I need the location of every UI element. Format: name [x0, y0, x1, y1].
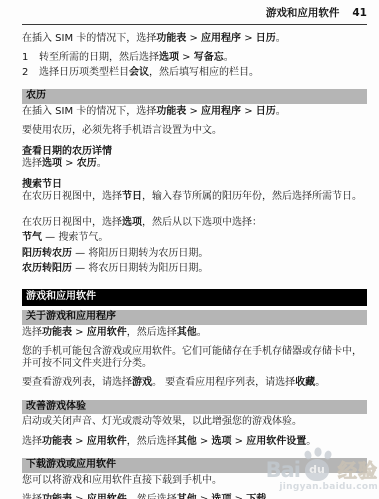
ui-term: 功能表 [156, 106, 186, 117]
paragraph: 启动或关闭声音、灯光或震动等效果，以此增强您的游戏体验。 [22, 416, 367, 428]
paragraph: 选择功能表 > 应用软件，然后选择其他。 [22, 327, 367, 339]
ui-term: 应用软件设置 [246, 436, 306, 447]
text-run: ，然后填写相应的栏目。 [149, 67, 259, 78]
ui-term: 节日 [122, 191, 142, 202]
section-header-bar: 改善游戏体验 [22, 400, 367, 415]
ui-term: 阳历转农历 [22, 248, 72, 259]
ui-term: 下载 [246, 494, 266, 499]
text-run: 下载游戏或应用软件 [26, 459, 116, 470]
list-item: 1转至所需的日期，然后选择选项 > 写备忘。 [22, 52, 367, 64]
ui-term: 功能表 [156, 33, 186, 44]
text-run: > [232, 436, 247, 447]
text-run: ，然后选择 [127, 494, 177, 499]
ui-term: 其他 [177, 327, 197, 338]
paragraph: 阳历转农历 — 将阳历日期转为农历日期。 [22, 248, 367, 260]
ui-term: 游戏 [132, 377, 152, 388]
ui-term: 其他 [177, 436, 197, 447]
paragraph: 选择功能表 > 应用软件，然后选择其他 > 选项 > 应用软件设置。 [22, 436, 367, 448]
header-chapter-title: 游戏和应用软件 [266, 8, 340, 20]
paragraph: 要查看游戏列表，请选择游戏。 要查看应用程序列表，请选择收藏。 [22, 377, 367, 389]
text-run: 搜索节日 [22, 179, 62, 190]
text-run: 。 [266, 494, 276, 499]
text-run: 选择 [22, 436, 42, 447]
text-run: 关于游戏和应用程序 [26, 311, 116, 322]
text-run: ，然后从以下选项中选择： [142, 217, 262, 228]
text-run: 。 [197, 327, 207, 338]
text-run: 启动或关闭声音、灯光或震动等效果，以此增强您的游戏体验。 [22, 416, 302, 427]
ui-term: 收藏 [295, 377, 315, 388]
ui-term: 应用程序 [201, 33, 241, 44]
manual-page: 游戏和应用软件 41 在插入 SIM 卡的情况下，选择功能表 > 应用程序 > … [0, 0, 379, 499]
paragraph: 要使用农历，必须先将手机语言设置为中文。 [22, 125, 367, 137]
list-item-text: 选择日历项类型栏目会议，然后填写相应的栏目。 [39, 67, 367, 79]
ui-term: 其他 [177, 494, 197, 499]
text-run: — 将阳历日期转为农历日期。 [72, 248, 208, 259]
text-run: > [241, 33, 256, 44]
text-run: > [72, 327, 87, 338]
text-run: > [72, 436, 87, 447]
text-run: 在插入 SIM 卡的情况下，选择 [22, 33, 156, 44]
ui-term: 日历 [256, 33, 276, 44]
text-run: 改善游戏体验 [26, 401, 86, 412]
text-run: > [72, 494, 87, 499]
ui-term: 选项 [159, 52, 179, 63]
page-header: 游戏和应用软件 41 [22, 8, 367, 25]
ui-term: 选项 [212, 494, 232, 499]
section-header-bar: 下载游戏或应用软件 [22, 458, 367, 473]
text-run: ，然后选择 [127, 327, 177, 338]
paragraph: 您的手机可能包含游戏或应用软件。它们可能储存在手机存储器或存储卡中，并可按不同文… [22, 346, 367, 369]
paragraph: 在农历日视图中，选择节日，输入春节所属的阳历年份，然后选择所需节日。 [22, 191, 367, 203]
section-header-bar: 关于游戏和应用程序 [22, 310, 367, 325]
chapter-header-bar: 游戏和应用软件 [22, 289, 367, 307]
text-run: — 将农历日期转为阳历日期。 [72, 263, 208, 274]
text-run: 您可以将游戏和应用软件直接下载到手机中。 [22, 475, 222, 486]
text-run: > [241, 106, 256, 117]
text-run: 在农历日视图中，选择 [22, 217, 122, 228]
ui-term: 农历 [77, 158, 97, 169]
list-item: 2选择日历项类型栏目会议，然后填写相应的栏目。 [22, 67, 367, 79]
text-run: > [232, 494, 247, 499]
paragraph: 在农历日视图中，选择选项，然后从以下选项中选择： [22, 217, 367, 229]
paragraph: 在插入 SIM 卡的情况下，选择功能表 > 应用程序 > 日历。 [22, 106, 367, 118]
text-run: > [179, 52, 194, 63]
text-run: ，然后选择 [127, 436, 177, 447]
text-run: 。 要查看应用程序列表，请选择 [152, 377, 295, 388]
ui-term: 应用软件 [87, 327, 127, 338]
paragraph: 在插入 SIM 卡的情况下，选择功能表 > 应用程序 > 日历。 [22, 33, 367, 45]
ui-term: 写备忘 [194, 52, 224, 63]
text-run: > [62, 158, 77, 169]
ui-term: 日历 [256, 106, 276, 117]
section-header-bar: 农历 [22, 89, 367, 104]
text-run: 在插入 SIM 卡的情况下，选择 [22, 106, 156, 117]
text-run: 。 [224, 52, 234, 63]
text-run: 。 [315, 377, 325, 388]
text-run: 选择 [22, 158, 42, 169]
list-item-text: 转至所需的日期，然后选择选项 > 写备忘。 [39, 52, 367, 64]
ui-term: 选项 [122, 217, 142, 228]
text-run: 选择日历项类型栏目 [39, 67, 129, 78]
subheading: 搜索节日 [22, 179, 367, 191]
ui-term: 节气 [22, 232, 42, 243]
text-run: ，输入春节所属的阳历年份，然后选择所需节日。 [142, 191, 362, 202]
paragraph: 节气 — 搜索节气。 [22, 232, 367, 244]
ui-term: 功能表 [42, 436, 72, 447]
text-run: 。 [276, 33, 286, 44]
paragraph: 选择功能表 > 应用软件，然后选择其他 > 选项 > 下载。 [22, 494, 367, 499]
text-run: — 搜索节气。 [42, 232, 108, 243]
paragraph: 选择选项 > 农历。 [22, 158, 367, 170]
ui-term: 选项 [212, 436, 232, 447]
ui-term: 农历转阳历 [22, 263, 72, 274]
subheading: 查看日期的农历详情 [22, 146, 367, 158]
text-run: 。 [276, 106, 286, 117]
ui-term: 功能表 [42, 327, 72, 338]
ui-term: 应用软件 [87, 436, 127, 447]
list-number: 1 [22, 52, 39, 64]
text-run: 农历 [26, 90, 46, 101]
text-run: 选择 [22, 494, 42, 499]
ui-term: 应用程序 [201, 106, 241, 117]
ui-term: 应用软件 [87, 494, 127, 499]
text-run: 您的手机可能包含游戏或应用软件。它们可能储存在手机存储器或存储卡中，并可按不同文… [22, 346, 362, 369]
text-run: 要使用农历，必须先将手机语言设置为中文。 [22, 125, 222, 136]
text-run: 转至所需的日期，然后选择 [39, 52, 159, 63]
ui-term: 功能表 [42, 494, 72, 499]
text-run: > [197, 494, 212, 499]
text-run: 查看日期的农历详情 [22, 146, 112, 157]
text-run: 在农历日视图中，选择 [22, 191, 122, 202]
ui-term: 会议 [129, 67, 149, 78]
paragraph: 您可以将游戏和应用软件直接下载到手机中。 [22, 475, 367, 487]
document-body: 在插入 SIM 卡的情况下，选择功能表 > 应用程序 > 日历。1转至所需的日期… [22, 33, 367, 499]
header-page-number: 41 [352, 8, 367, 20]
ui-term: 选项 [42, 158, 62, 169]
text-run: > [186, 33, 201, 44]
paragraph: 农历转阳历 — 将农历日期转为阳历日期。 [22, 263, 367, 275]
text-run: > [186, 106, 201, 117]
text-run: 。 [97, 158, 107, 169]
text-run: > [197, 436, 212, 447]
text-run: 选择 [22, 327, 42, 338]
list-number: 2 [22, 67, 39, 79]
text-run: 游戏和应用软件 [26, 291, 96, 302]
text-run: 要查看游戏列表，请选择 [22, 377, 132, 388]
text-run: 。 [306, 436, 316, 447]
